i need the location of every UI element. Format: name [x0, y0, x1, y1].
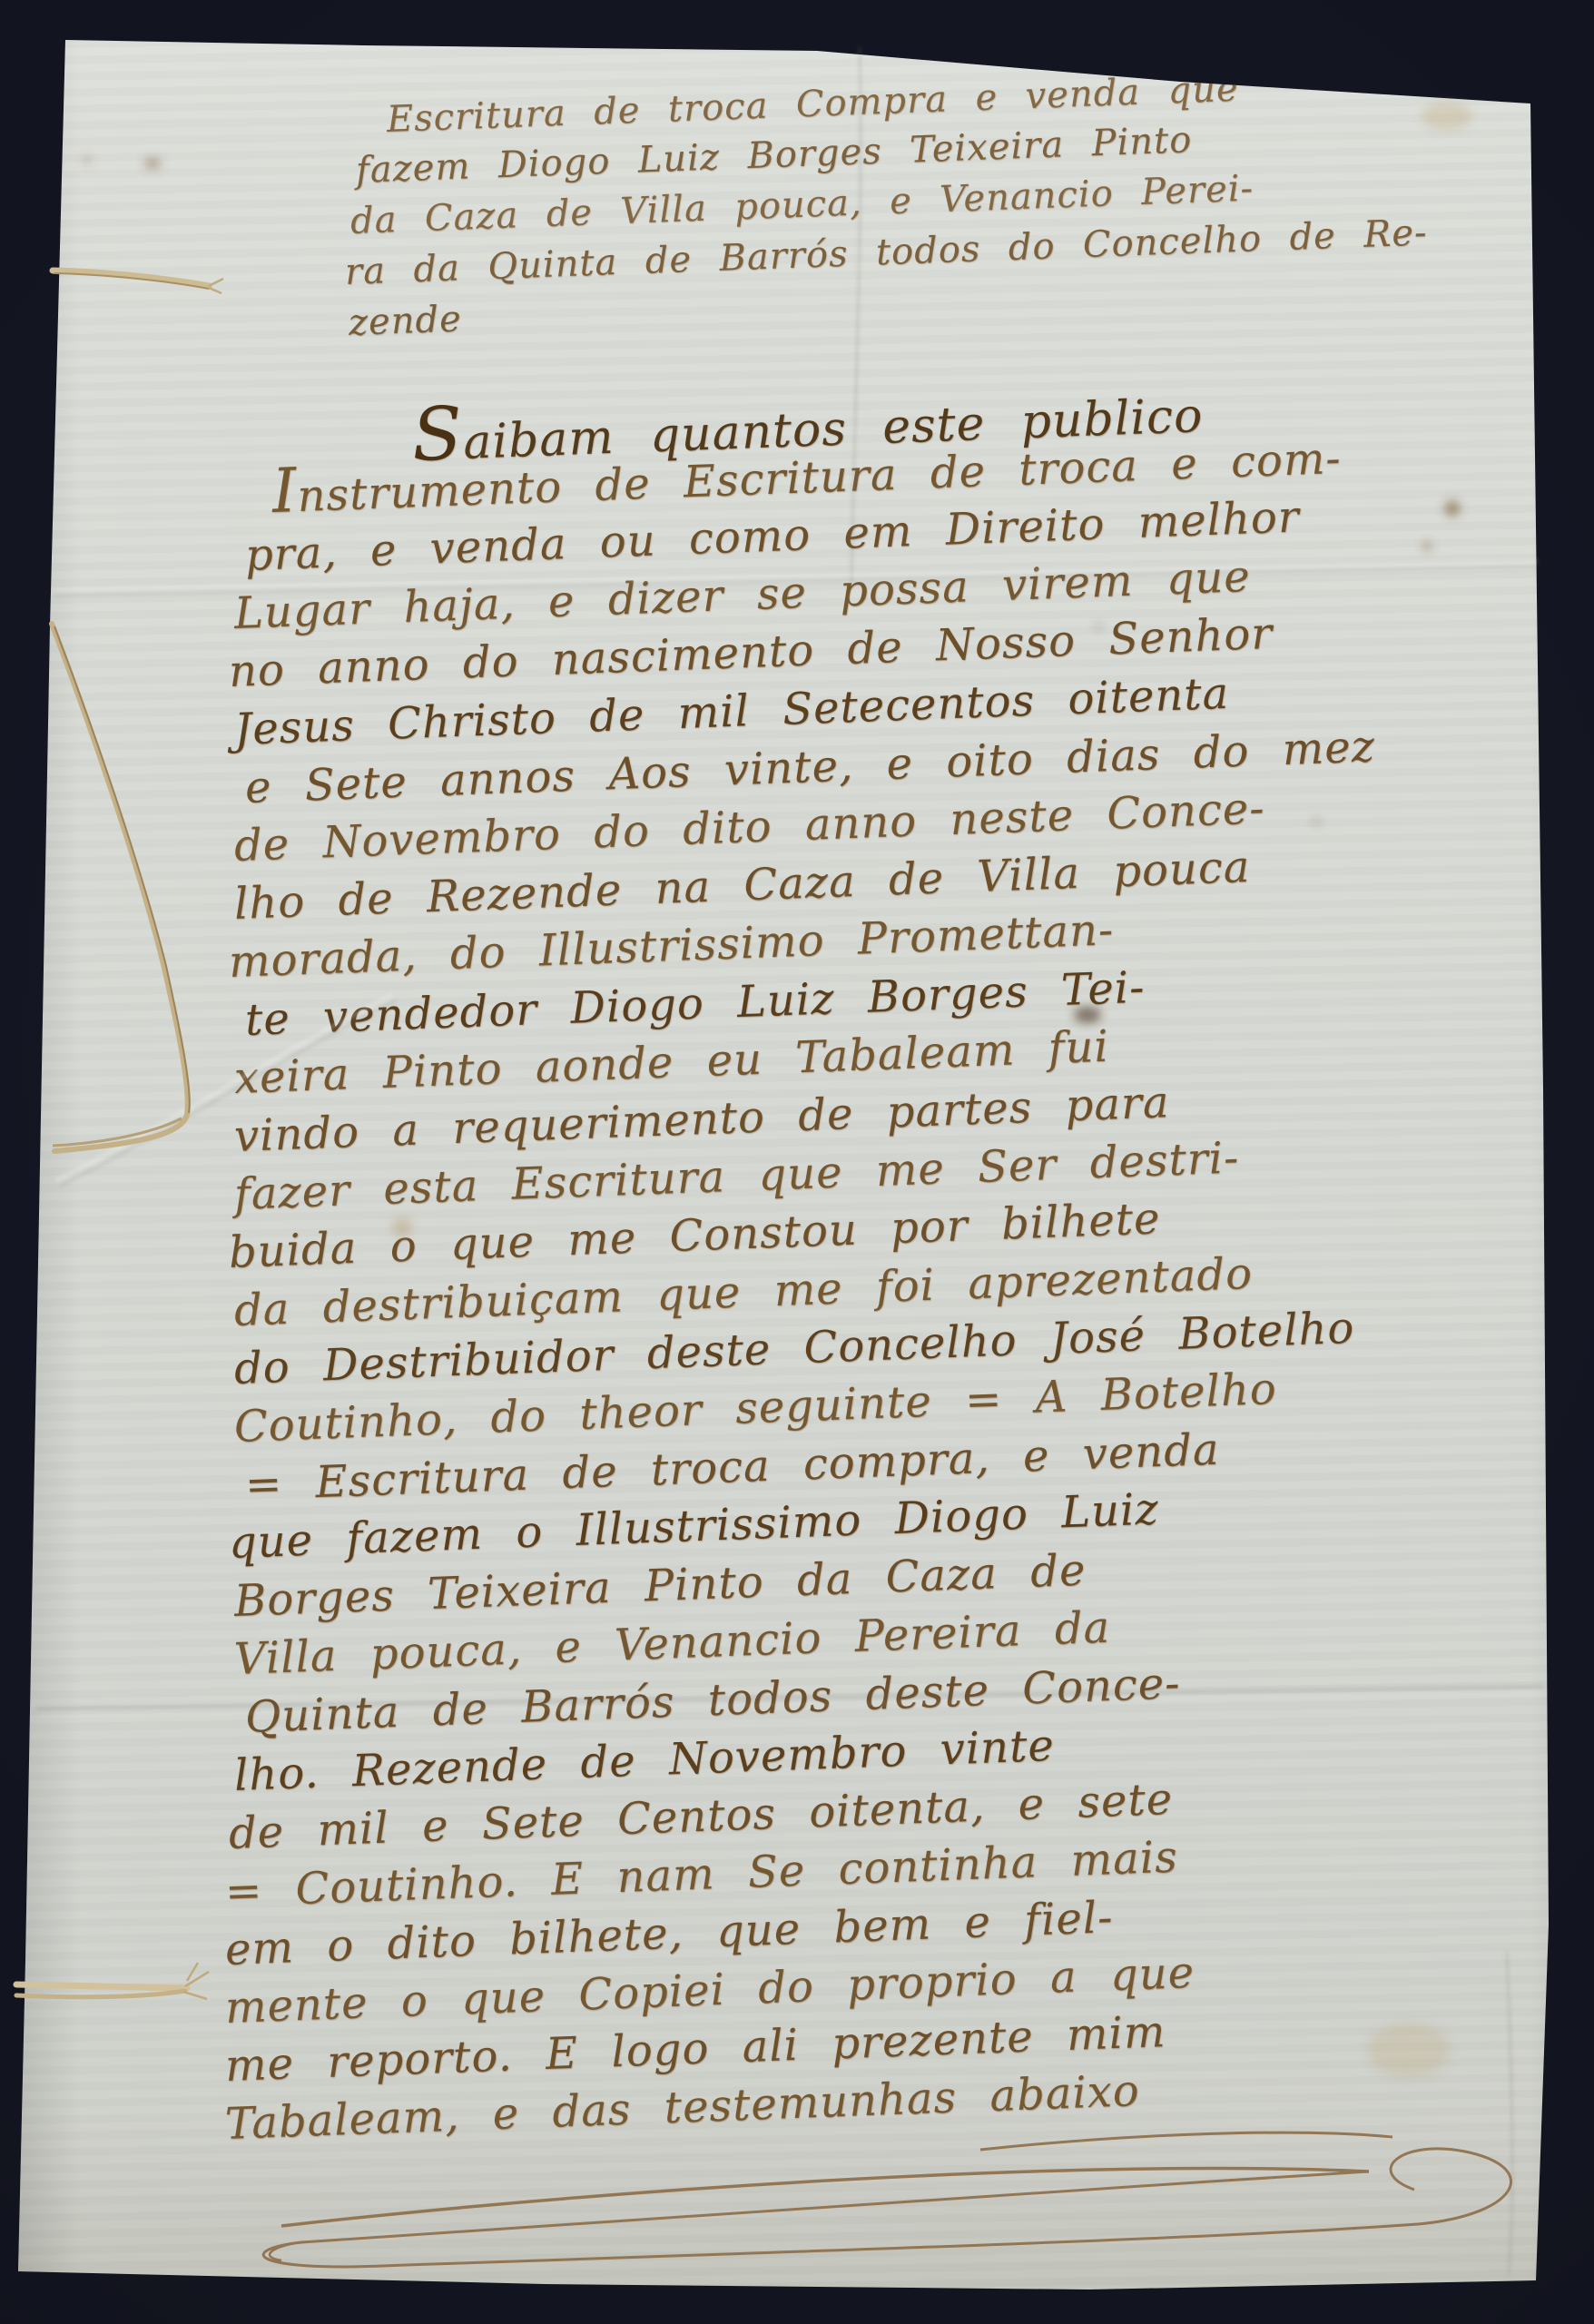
body-text-block: Saibam quantos este publico Instrumento …: [234, 410, 1376, 2153]
manuscript-paper: Escritura de troca Compra e venda que fa…: [0, 0, 1594, 2324]
photo-backdrop: Escritura de troca Compra e venda que fa…: [0, 0, 1594, 2324]
heading-block: Escritura de troca Compra e venda que fa…: [352, 94, 1428, 349]
